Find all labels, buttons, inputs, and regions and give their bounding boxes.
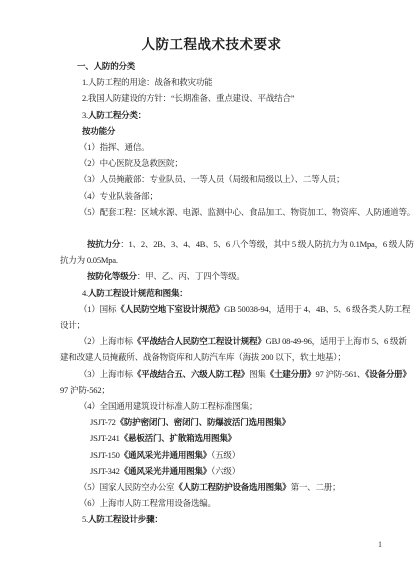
blank-line: [60, 220, 363, 236]
label-by-resistance: 按抗力分：1、2、2B、3、4、4B、5、6 八个等级，其中 5 级人防抗力为 …: [60, 236, 363, 252]
numbered-item-2: 2.我国人防建设的方针：“长期准备、重点建设、平战结合”: [60, 90, 363, 106]
continuation-resistance: 抗力为 0.05Mpa.: [60, 252, 363, 268]
reference-item-1: （1）国标《人民防空地下室设计规范》GB 50038-94，适用于 4、4B、5…: [60, 301, 363, 317]
text-segment: （4）全国通用建筑设计标准人防工程标准图集；: [79, 401, 257, 411]
text-segment: （1）指挥、通信。: [79, 142, 149, 152]
paren-item-2: （2）中心医院及急救医院；: [60, 155, 363, 171]
text-segment: 图集: [249, 369, 266, 379]
document-content: 人防工程战术技术要求 一、人防的分类1.人防工程的用途：战备和救灾功能2.我国人…: [60, 36, 363, 527]
text-segment: （2）中心医院及急救医院；: [79, 158, 183, 168]
text-segment: （5）国家人民防空办公室: [79, 482, 174, 492]
document-title: 人防工程战术技术要求: [60, 36, 363, 54]
text-segment: 人防工程设计步骤：: [88, 514, 163, 524]
text-segment: （五级）: [211, 450, 240, 460]
text-segment: JSJT-150: [90, 450, 120, 460]
text-segment: 按抗力分: [87, 239, 120, 249]
text-segment: 《平战结合人民防空工程设计规程》: [133, 336, 266, 346]
text-segment: JSJT-72: [90, 417, 116, 427]
text-segment: 《悬板活门、扩散箱选用图集》: [120, 433, 236, 443]
text-segment: 一、人防的分类: [77, 61, 135, 71]
text-segment: （3）上海市标: [79, 369, 133, 379]
paren-item-1: （1）指挥、通信。: [60, 139, 363, 155]
paren-item-5: （5）配套工程：区域水源、电源、监测中心、食品加工、物资加工、物资库、人防通道等…: [60, 204, 363, 220]
text-segment: JSJT-241: [90, 433, 120, 443]
continuation-ref-3: 97 沪防-562；: [60, 382, 363, 398]
text-segment: 《通风采光井通用图集》: [120, 450, 211, 460]
text-segment: 人防工程分类：: [88, 110, 146, 120]
text-segment: GBJ 08-49-96，适用于上海市 5、6 级新: [266, 336, 407, 346]
document-page: 人防工程战术技术要求 一、人防的分类1.人防工程的用途：战备和救灾功能2.我国人…: [0, 0, 416, 588]
text-segment: 97 沪防-561、: [315, 369, 365, 379]
text-segment: （4）专业队装备部；: [79, 191, 158, 201]
text-segment: 第一、二册；: [291, 482, 341, 492]
text-segment: （1）国标: [79, 304, 116, 314]
text-segment: 《通风采光井通用图集》: [120, 466, 211, 476]
text-segment: 按防化等级分: [87, 271, 137, 281]
text-segment: 建和改建人员掩蔽所、战备物资库和人防汽车库（海拔 200 以下，软土地基）；: [60, 352, 346, 362]
reference-item-4: （4）全国通用建筑设计标准人防工程标准图集；: [60, 398, 363, 414]
atlas-item-jsjt-342: JSJT-342《通风采光井通用图集》（六级）: [60, 463, 363, 479]
atlas-item-jsjt-150: JSJT-150《通风采光井通用图集》（五级）: [60, 447, 363, 463]
text-segment: ：甲、乙、丙、丁四个等级。: [137, 271, 245, 281]
reference-item-2: （2）上海市标《平战结合人民防空工程设计规程》GBJ 08-49-96，适用于上…: [60, 333, 363, 349]
text-segment: 按功能分: [82, 126, 115, 136]
text-segment: GB 50038-94，适用于 4、4B、5、6 级各类人防工程: [224, 304, 410, 314]
text-segment: 抗力为 0.05Mpa.: [60, 255, 118, 265]
continuation-ref-2: 建和改建人员掩蔽所、战备物资库和人防汽车库（海拔 200 以下，软土地基）；: [60, 349, 363, 365]
page-number: 1: [378, 540, 382, 549]
atlas-item-jsjt-72: JSJT-72《防护密闭门、密闭门、防爆波活门选用图集》: [60, 414, 363, 430]
section-heading-1: 一、人防的分类: [60, 58, 363, 74]
text-segment: 《防护密闭门、密闭门、防爆波活门选用图集》: [116, 417, 290, 427]
text-segment: （2）上海市标: [79, 336, 133, 346]
reference-item-3: （3）上海市标《平战结合五、六级人防工程》图集《土建分册》97 沪防-561、《…: [60, 366, 363, 382]
label-by-function: 按功能分: [60, 123, 363, 139]
text-segment: 《人民防空地下室设计规范》: [116, 304, 224, 314]
label-by-protection-grade: 按防化等级分：甲、乙、丙、丁四个等级。: [60, 268, 363, 284]
text-segment: 1.人防工程的用途：战备和救灾功能: [82, 77, 212, 87]
text-segment: JSJT-342: [90, 466, 120, 476]
numbered-item-3: 3.人防工程分类：: [60, 107, 363, 123]
text-segment: 设计；: [60, 320, 85, 330]
text-segment: （5）配套工程：区域水源、电源、监测中心、食品加工、物资加工、物资库、人防通道等…: [79, 207, 415, 217]
continuation-ref-1: 设计；: [60, 317, 363, 333]
numbered-item-5: 5.人防工程设计步骤：: [60, 511, 363, 527]
paren-item-3: （3）人员掩蔽部：专业队员、一等人员（局级和局级以上）、二等人员；: [60, 171, 363, 187]
reference-item-5: （5）国家人民防空办公室《人防工程防护设备选用图集》第一、二册；: [60, 479, 363, 495]
numbered-item-4: 4.人防工程设计规范和图集：: [60, 285, 363, 301]
text-segment: 2.我国人防建设的方针：“长期准备、重点建设、平战结合”: [82, 93, 294, 103]
text-segment: （六级）: [211, 466, 240, 476]
text-segment: （6）上海市人防工程常用设备选编。: [79, 498, 216, 508]
text-segment: 《设备分册》: [365, 369, 411, 379]
numbered-item-1: 1.人防工程的用途：战备和救灾功能: [60, 74, 363, 90]
text-segment: ：1、2、2B、3、4、4B、5、6 八个等级，其中 5 级人防抗力为 0.1M…: [120, 239, 414, 249]
text-segment: 人防工程设计规范和图集：: [88, 288, 188, 298]
text-segment: 《平战结合五、六级人防工程》: [133, 369, 249, 379]
document-lines: 一、人防的分类1.人防工程的用途：战备和救灾功能2.我国人防建设的方针：“长期准…: [60, 58, 363, 527]
atlas-item-jsjt-241: JSJT-241《悬板活门、扩散箱选用图集》: [60, 430, 363, 446]
text-segment: （3）人员掩蔽部：专业队员、一等人员（局级和局级以上）、二等人员；: [79, 174, 344, 184]
paren-item-4: （4）专业队装备部；: [60, 188, 363, 204]
reference-item-6: （6）上海市人防工程常用设备选编。: [60, 495, 363, 511]
text-segment: 97 沪防-562；: [60, 385, 110, 395]
text-segment: 《土建分册》: [266, 369, 316, 379]
text-segment: 《人防工程防护设备选用图集》: [174, 482, 290, 492]
